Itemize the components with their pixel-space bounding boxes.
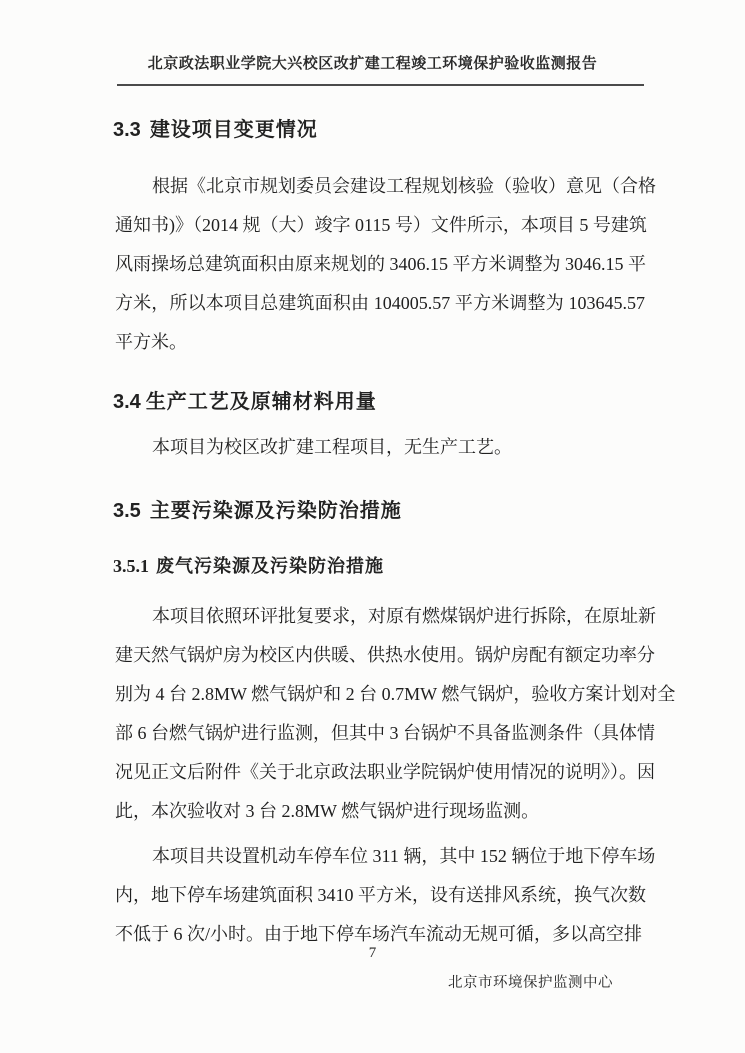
text-line: 本项目为校区改扩建工程项目，无生产工艺。 (115, 428, 645, 467)
section-title: 废气污染源及污染防治措施 (156, 556, 384, 576)
paragraph-3-4: 本项目为校区改扩建工程项目，无生产工艺。 (115, 428, 645, 467)
section-number: 3.4 (113, 391, 141, 413)
text-line: 本项目共设置机动车停车位 311 辆，其中 152 辆位于地下停车场 (115, 837, 645, 876)
text-line: 别为 4 台 2.8MW 燃气锅炉和 2 台 0.7MW 燃气锅炉，验收方案计划… (115, 675, 645, 714)
text-line: 方米，所以本项目总建筑面积由 104005.57 平方米调整为 103645.5… (115, 284, 645, 323)
section-title: 建设项目变更情况 (150, 119, 318, 141)
section-number: 3.3 (113, 119, 141, 141)
text-line: 风雨操场总建筑面积由原来规划的 3406.15 平方米调整为 3046.15 平 (115, 245, 645, 284)
paragraph-3-3: 根据《北京市规划委员会建设工程规划核验（验收）意见（合格 通知书)》（2014 … (115, 167, 645, 362)
text-line: 通知书)》（2014 规（大）竣字 0115 号）文件所示，本项目 5 号建筑 (115, 206, 645, 245)
text-line: 根据《北京市规划委员会建设工程规划核验（验收）意见（合格 (115, 167, 645, 206)
footer-organization: 北京市环境保护监测中心 (448, 971, 613, 992)
section-number: 3.5.1 (113, 556, 149, 576)
text-line: 况见正文后附件《关于北京政法职业学院锅炉使用情况的说明》）。因 (115, 753, 645, 792)
text-line: 部 6 台燃气锅炉进行监测，但其中 3 台锅炉不具备监测条件（具体情 (115, 714, 645, 753)
document-page: 北京政法职业学院大兴校区改扩建工程竣工环境保护验收监测报告 3.3建设项目变更情… (0, 0, 745, 1053)
section-title: 生产工艺及原辅材料用量 (146, 391, 377, 413)
section-title: 主要污染源及污染防治措施 (150, 500, 402, 522)
paragraph-3-5-1-a: 本项目依照环评批复要求，对原有燃煤锅炉进行拆除，在原址新 建天然气锅炉房为校区内… (115, 597, 645, 831)
section-heading-3-5: 3.5主要污染源及污染防治措施 (113, 494, 402, 523)
section-number: 3.5 (113, 500, 141, 522)
section-heading-3-4: 3.4生产工艺及原辅材料用量 (113, 385, 377, 414)
text-line: 本项目依照环评批复要求，对原有燃煤锅炉进行拆除，在原址新 (115, 597, 645, 636)
paragraph-3-5-1-b: 本项目共设置机动车停车位 311 辆，其中 152 辆位于地下停车场 内，地下停… (115, 837, 645, 954)
section-heading-3-3: 3.3建设项目变更情况 (113, 113, 318, 142)
text-line: 平方米。 (115, 323, 645, 362)
section-heading-3-5-1: 3.5.1废气污染源及污染防治措施 (113, 552, 384, 578)
text-line: 内，地下停车场建筑面积 3410 平方米，设有送排风系统，换气次数 (115, 876, 645, 915)
page-number: 7 (0, 945, 745, 962)
header-divider (117, 84, 644, 86)
text-line: 此，本次验收对 3 台 2.8MW 燃气锅炉进行现场监测。 (115, 792, 645, 831)
running-header-title: 北京政法职业学院大兴校区改扩建工程竣工环境保护验收监测报告 (0, 52, 745, 73)
text-line: 建天然气锅炉房为校区内供暖、供热水使用。锅炉房配有额定功率分 (115, 636, 645, 675)
